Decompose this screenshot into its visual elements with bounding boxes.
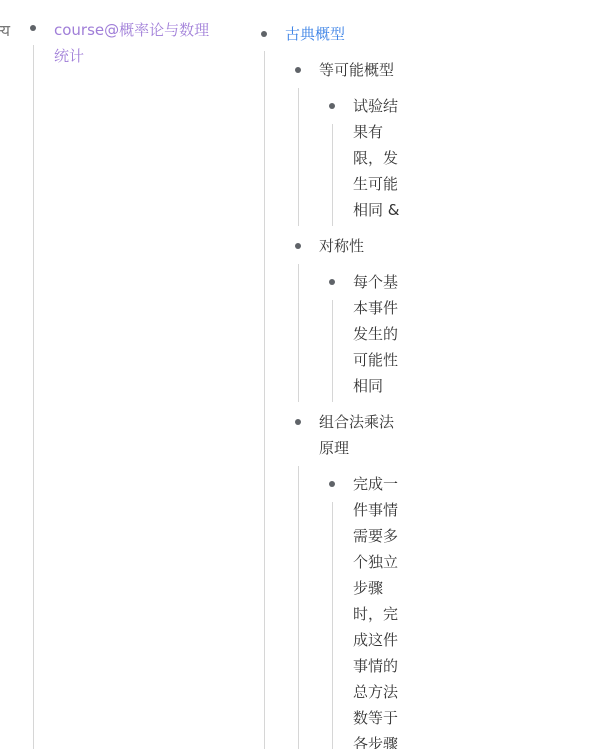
block-equal-likelihood[interactable]: 每个基本事件发生的可能性相同 (353, 269, 403, 399)
bullet-icon[interactable] (295, 67, 301, 73)
block-symmetry[interactable]: 对称性 (319, 233, 364, 259)
page-link-course[interactable]: course@概率论与数理统计 (54, 17, 224, 69)
block-multiplication-description[interactable]: 完成一件事情需要多个独立步骤时，完成这件事情的总方法数等于各步骤 (353, 471, 403, 749)
bullet-icon[interactable] (261, 31, 267, 37)
block-equiprobable[interactable]: 等可能概型 (319, 57, 394, 83)
thread-line[interactable] (264, 51, 265, 749)
thread-line[interactable] (298, 88, 299, 226)
thread-line[interactable] (332, 300, 333, 402)
bullet-icon[interactable] (329, 103, 335, 109)
bullet-icon[interactable] (295, 243, 301, 249)
thread-line[interactable] (298, 264, 299, 402)
thread-line[interactable] (298, 466, 299, 749)
thread-line[interactable] (33, 45, 34, 749)
bullet-icon[interactable] (329, 279, 335, 285)
block-finite-outcomes[interactable]: 试验结果有限，发生可能相同 & (353, 93, 403, 223)
bullet-icon[interactable] (295, 419, 301, 425)
thread-line[interactable] (332, 502, 333, 749)
block-title-classical-probability[interactable]: 古典概型 (285, 21, 345, 47)
block-multiplication-principle[interactable]: 组合法乘法原理 (319, 409, 403, 461)
cutoff-text: न्य (0, 18, 10, 44)
bullet-icon[interactable] (329, 481, 335, 487)
bullet-icon[interactable] (30, 25, 36, 31)
outline-canvas: न्य course@概率论与数理统计 古典概型 等可能概型 试验结果有限，发生… (0, 0, 598, 749)
thread-line[interactable] (332, 124, 333, 226)
